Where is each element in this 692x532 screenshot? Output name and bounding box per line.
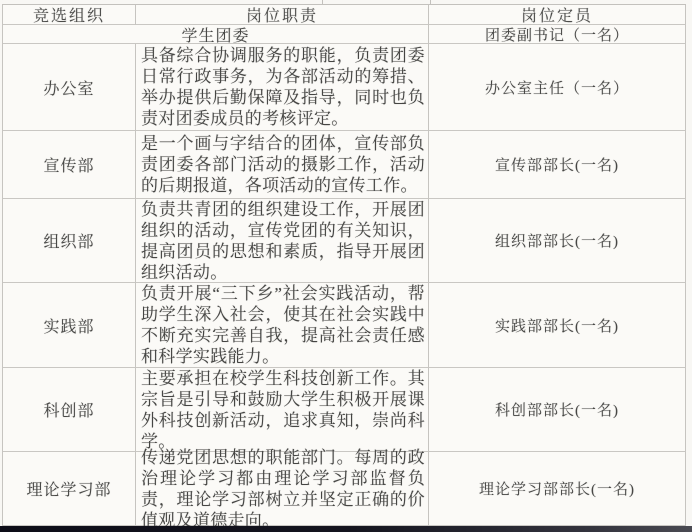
- row-org-cell: 组织部: [3, 199, 136, 283]
- photo-bottom-edge: [0, 526, 692, 532]
- row-quota-cell: 宣传部部长(一名): [429, 131, 686, 199]
- row-quota-cell: 理论学习部部长(一名): [429, 452, 686, 526]
- row-duty-cell: 是一个画与字结合的团体，宣传部负责团委各部门活动的摄影工作，活动的后期报道，各项…: [136, 131, 429, 199]
- recruitment-table: 竞选组织 岗位职责 岗位定员 学生团委 团委副书记（一名） 办公室 具备综合协调…: [2, 4, 686, 526]
- row-org-cell: 办公室: [3, 44, 136, 131]
- header-cell-org: 竞选组织: [3, 5, 136, 25]
- header-cell-duty: 岗位职责: [136, 5, 429, 25]
- row-duty-cell: 主要承担在校学生科技创新工作。其宗旨是引导和鼓励大学生积极开展课外科技创新活动，…: [136, 368, 429, 452]
- document-photo: 竞选组织 岗位职责 岗位定员 学生团委 团委副书记（一名） 办公室 具备综合协调…: [0, 0, 692, 532]
- row-duty-cell: 具备综合协调服务的职能，负责团委日常行政事务，为各部活动的筹措、举办提供后勤保障…: [136, 44, 429, 131]
- row-quota-cell: 实践部部长(一名): [429, 283, 686, 368]
- committee-merged-cell: 学生团委: [3, 25, 429, 44]
- row-org-cell: 理论学习部: [3, 452, 136, 526]
- row-quota-cell: 科创部部长(一名): [429, 368, 686, 452]
- row-quota-cell: 办公室主任（一名）: [429, 44, 686, 131]
- row-org-cell: 科创部: [3, 368, 136, 452]
- row-duty-cell: 传递党团思想的职能部门。每周的政治理论学习都由理论学习部监督负责，理论学习部树立…: [136, 452, 429, 526]
- row-org-cell: 宣传部: [3, 131, 136, 199]
- row-org-cell: 实践部: [3, 283, 136, 368]
- row-duty-cell: 负责开展“三下乡”社会实践活动，帮助学生深入社会，使其在社会实践中不断充实完善自…: [136, 283, 429, 368]
- row-duty-cell: 负责共青团的组织建设工作，开展团组织的活动，宣传党团的有关知识，提高团员的思想和…: [136, 199, 429, 283]
- header-cell-quota: 岗位定员: [429, 5, 686, 25]
- row-quota-cell: 组织部部长(一名): [429, 199, 686, 283]
- committee-quota-cell: 团委副书记（一名）: [429, 25, 686, 44]
